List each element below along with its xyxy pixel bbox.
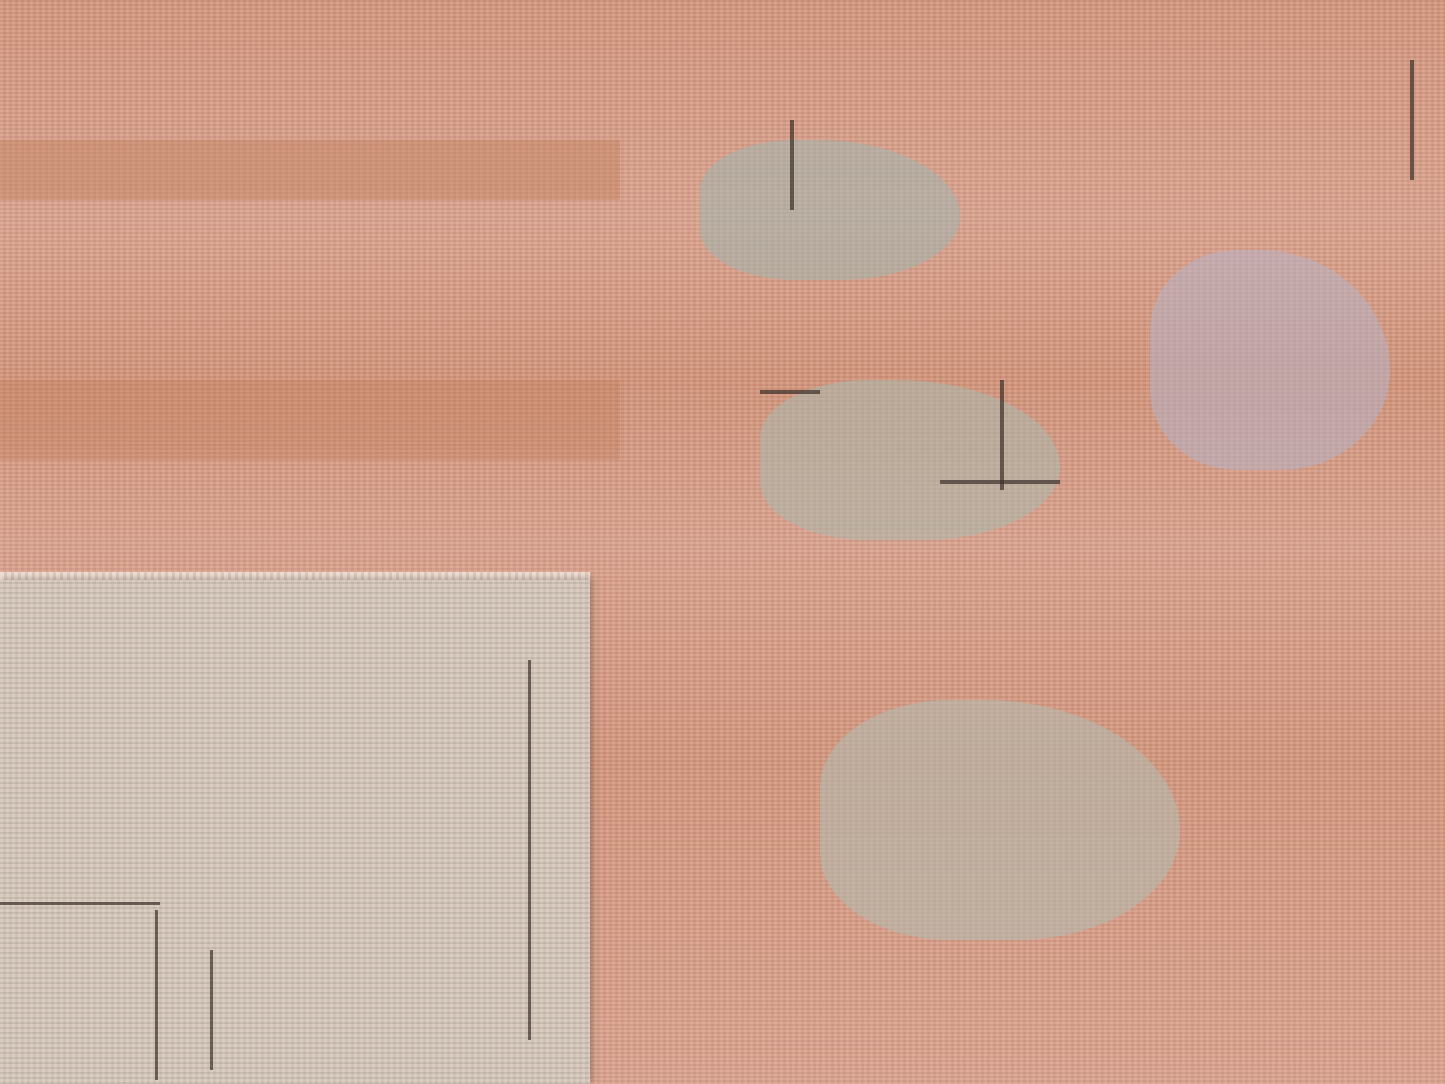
dark-motif-line <box>760 390 820 394</box>
dark-motif-line <box>790 120 794 210</box>
dark-motif-line <box>1410 60 1414 180</box>
dark-motif-line <box>940 480 1060 484</box>
rust-band <box>0 140 620 200</box>
dark-motif-line <box>210 950 213 1070</box>
dark-motif-line <box>0 902 160 905</box>
rug-photo <box>0 0 1445 1084</box>
rug-back-fold <box>0 580 590 1084</box>
dark-motif-line <box>155 910 158 1080</box>
dark-motif-line <box>1000 380 1004 490</box>
dark-motif-line <box>528 660 531 1040</box>
rust-band <box>0 380 620 460</box>
